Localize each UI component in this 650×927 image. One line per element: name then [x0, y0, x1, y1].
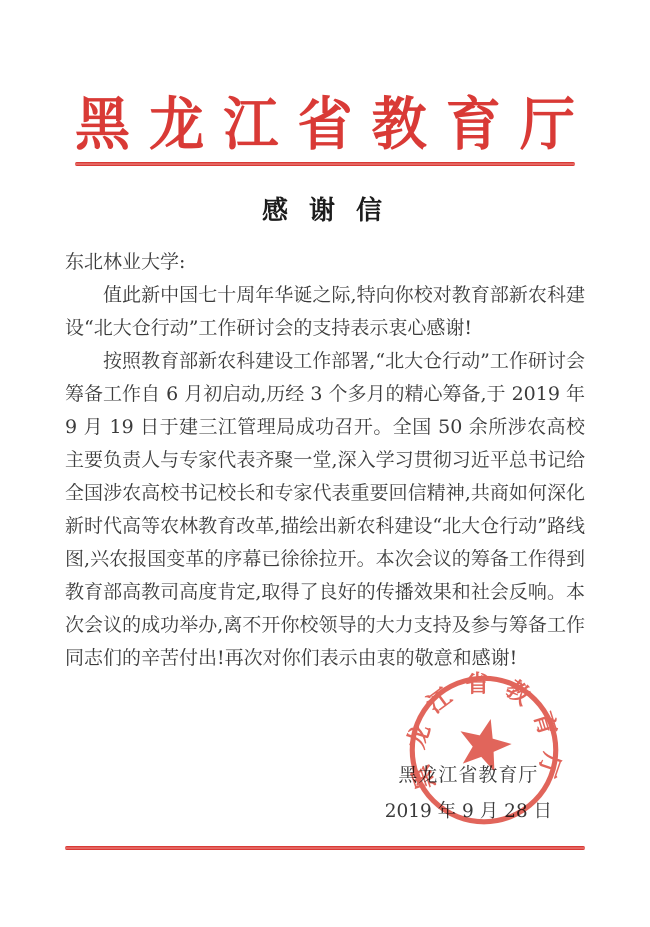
letter-body: 东北林业大学: 值此新中国七十周年华诞之际,特向你校对教育部新农科建设“北大仓行…	[65, 246, 585, 675]
letter-page: 黑龙江省教育厅 感 谢 信 东北林业大学: 值此新中国七十周年华诞之际,特向你校…	[0, 0, 650, 927]
paragraph-2: 按照教育部新农科建设工作部署,“北大仓行动”工作研讨会筹备工作自 6 月初启动,…	[65, 345, 585, 675]
salutation: 东北林业大学:	[65, 246, 585, 279]
letterhead-org-name: 黑龙江省教育厅	[75, 90, 575, 156]
paragraph-1: 值此新中国七十周年华诞之际,特向你校对教育部新农科建设“北大仓行动”工作研讨会的…	[65, 279, 585, 345]
signature-date: 2019 年 9 月 28 日	[385, 797, 552, 823]
signature-org: 黑龙江省教育厅	[385, 760, 552, 787]
footer-rule	[65, 846, 585, 850]
letterhead-rule	[75, 162, 575, 166]
signature-block: 黑龙江省教育厅 2019 年 9 月 28 日	[385, 760, 552, 823]
letter-title: 感 谢 信	[0, 190, 650, 227]
